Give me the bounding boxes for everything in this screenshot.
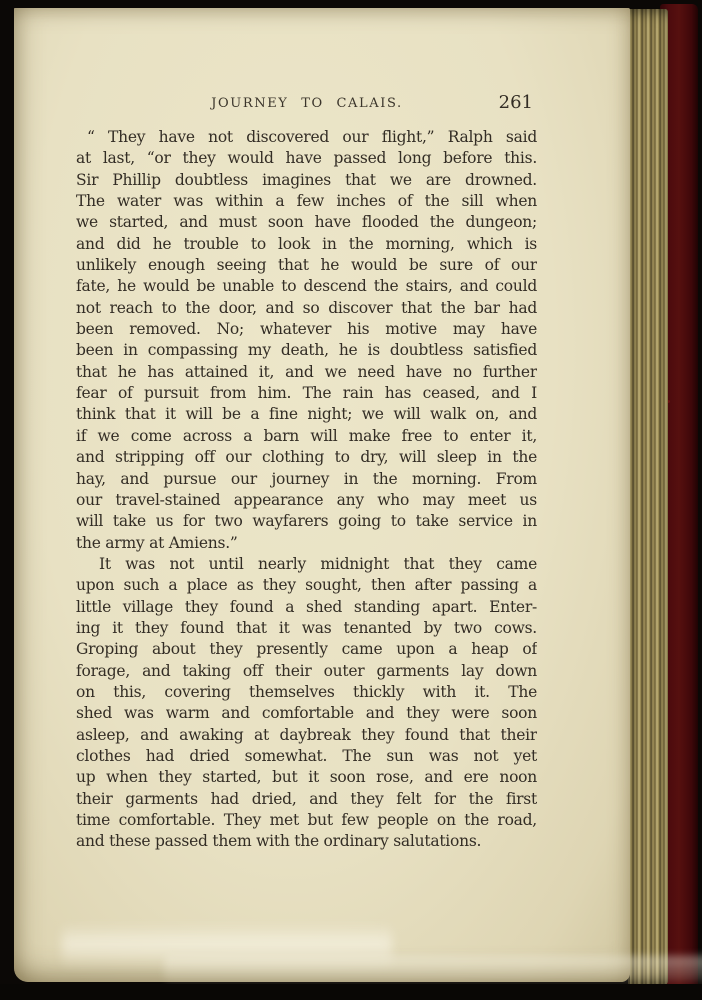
text-line: been in compassing my death, he is doubt…	[76, 340, 537, 361]
text-line: upon such a place as they sought, then a…	[76, 575, 537, 596]
scanner-background	[0, 984, 702, 1000]
text-line: little village they found a shed standin…	[76, 597, 537, 618]
text-line: our travel-stained appearance any who ma…	[76, 490, 537, 511]
text-line: ing it they found that it was tenanted b…	[76, 618, 537, 639]
text-line: fate, he would be unable to descend the …	[76, 276, 537, 297]
text-line: hay, and pursue our journey in the morni…	[76, 469, 537, 490]
text-line: not reach to the door, and so discover t…	[76, 298, 537, 319]
text-line: been removed. No; whatever his motive ma…	[76, 319, 537, 340]
text-line: and did he trouble to look in the mornin…	[76, 234, 537, 255]
text-line: forage, and taking off their outer garme…	[76, 661, 537, 682]
text-line: Sir Phillip doubtless imagines that we a…	[76, 170, 537, 191]
text-line: at last, “or they would have passed long…	[76, 148, 537, 169]
page-number: 261	[499, 92, 533, 113]
text-line: clothes had dried somewhat. The sun was …	[76, 746, 537, 767]
page-fore-edges	[628, 9, 668, 985]
text-line: The water was within a few inches of the…	[76, 191, 537, 212]
page-text: “ They have not discovered our flight,” …	[76, 127, 537, 853]
scan-blur-streak-2	[164, 956, 702, 982]
paragraph: “ They have not discovered our flight,” …	[76, 127, 537, 554]
text-line: and these passed them with the ordinary …	[76, 831, 537, 852]
text-line: “ They have not discovered our flight,” …	[76, 127, 537, 148]
text-line: time comfortable. They met but few peopl…	[76, 810, 537, 831]
book-page: JOURNEY TO CALAIS. 261 “ They have not d…	[14, 8, 630, 982]
scanned-book-photo: JOURNEY TO CALAIS. 261 “ They have not d…	[0, 0, 702, 1000]
text-line: Groping about they presently came upon a…	[76, 639, 537, 660]
text-line: shed was warm and comfortable and they w…	[76, 703, 537, 724]
text-line: will take us for two wayfarers going to …	[76, 511, 537, 532]
text-line: that he has attained it, and we need hav…	[76, 362, 537, 383]
text-line: the army at Amiens.”	[76, 533, 537, 554]
text-line: we started, and must soon have flooded t…	[76, 212, 537, 233]
text-line: up when they started, but it soon rose, …	[76, 767, 537, 788]
paragraph: It was not until nearly midnight that th…	[76, 554, 537, 853]
text-line: if we come across a barn will make free …	[76, 426, 537, 447]
text-line: fear of pursuit from him. The rain has c…	[76, 383, 537, 404]
text-line: asleep, and awaking at daybreak they fou…	[76, 725, 537, 746]
text-line: their garments had dried, and they felt …	[76, 789, 537, 810]
running-header: JOURNEY TO CALAIS. 261	[76, 92, 538, 118]
text-line: on this, covering themselves thickly wit…	[76, 682, 537, 703]
text-line: and stripping off our clothing to dry, w…	[76, 447, 537, 468]
text-line: It was not until nearly midnight that th…	[76, 554, 537, 575]
text-line: think that it will be a fine night; we w…	[76, 404, 537, 425]
running-title: JOURNEY TO CALAIS.	[76, 96, 538, 111]
text-line: unlikely enough seeing that he would be …	[76, 255, 537, 276]
